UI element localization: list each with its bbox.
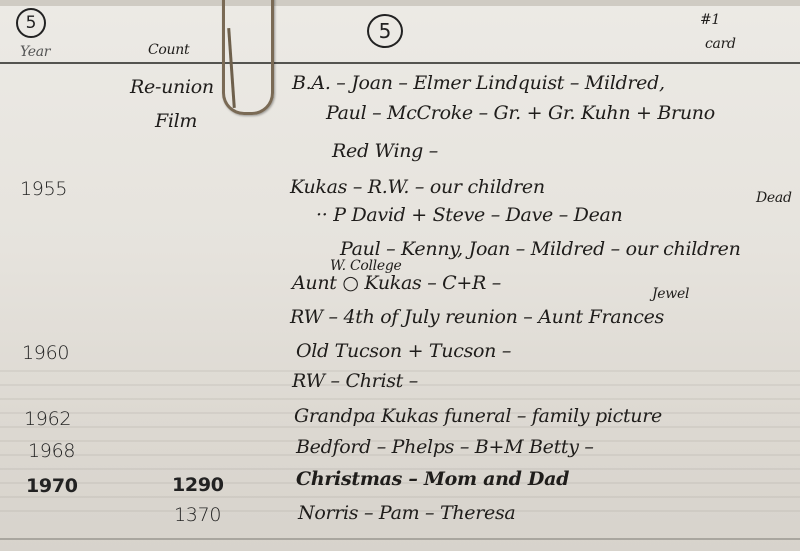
card-top-edge <box>0 0 800 6</box>
year-1962: 1962 <box>24 408 71 430</box>
entry-line: Bedford – Phelps – B+M Betty – <box>296 436 594 458</box>
entry-line: Christmas – Mom and Dad <box>296 468 569 490</box>
entry-line: Paul – Kenny, Joan – Mildred – our child… <box>340 238 741 260</box>
annotation-dead: Dead <box>756 190 792 206</box>
count-column-header: Count <box>148 42 189 58</box>
bottom-rule <box>0 538 800 540</box>
page-number-left: 5 <box>16 8 46 38</box>
entry-line: Grandpa Kukas funeral – family picture <box>294 405 662 427</box>
entry-line: Red Wing – <box>332 140 438 162</box>
entry-line: RW – 4th of July reunion – Aunt Frances <box>290 306 664 328</box>
header-rule <box>0 62 800 64</box>
year-1955: 1955 <box>20 178 67 200</box>
year-1960: 1960 <box>22 342 69 364</box>
entry-line: RW – Christ – <box>292 370 418 392</box>
index-card: 5 5 #1 card Year Count Re-union Film 195… <box>0 0 800 551</box>
count-note-reunion: Re-union <box>130 76 214 98</box>
entry-line: Norris – Pam – Theresa <box>298 502 515 524</box>
year-1970: 1970 <box>26 475 78 497</box>
page-number-center: 5 <box>367 14 403 48</box>
count-1370: 1370 <box>174 504 221 526</box>
entry-line: B.A. – Joan – Elmer Lindquist – Mildred, <box>292 72 665 94</box>
card-label: card <box>705 36 736 52</box>
entry-line: Aunt ○ Kukas – C+R – <box>292 272 501 294</box>
year-1968: 1968 <box>28 440 75 462</box>
entry-line: ·· P David + Steve – Dave – Dean <box>316 204 623 226</box>
entry-line: Old Tucson + Tucson – <box>296 340 511 362</box>
card-number: #1 <box>700 12 720 28</box>
count-note-film: Film <box>155 110 197 132</box>
annotation-jewel: Jewel <box>652 286 689 302</box>
year-column-header: Year <box>20 44 50 60</box>
count-1290: 1290 <box>172 474 224 496</box>
entry-line: Paul – McCroke – Gr. + Gr. Kuhn + Bruno <box>326 102 715 124</box>
entry-line: Kukas – R.W. – our children <box>290 176 545 198</box>
